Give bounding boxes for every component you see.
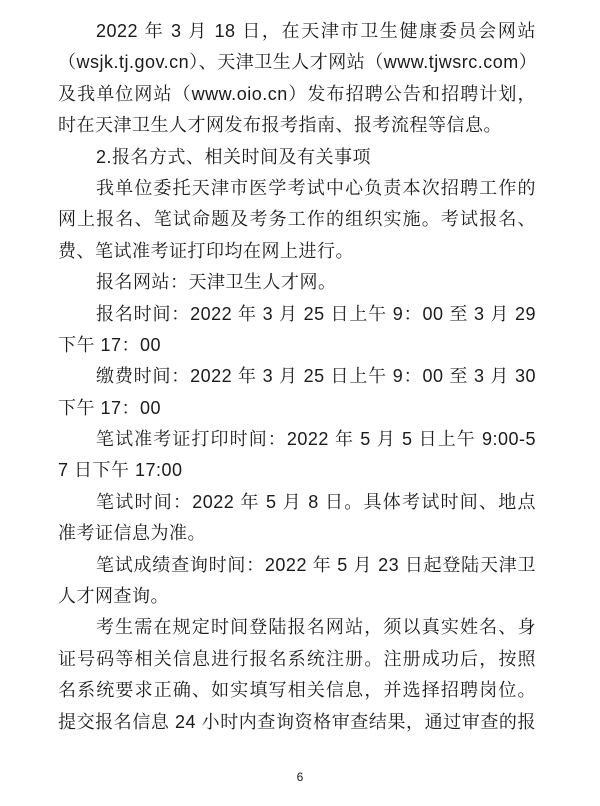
text-line: 准考证信息为准。 — [58, 518, 536, 549]
text-line: 费、笔试准考证打印均在网上进行。 — [58, 236, 536, 267]
text-line: 下午 17：00 — [58, 330, 536, 361]
text-line: 下午 17：00 — [58, 393, 536, 424]
text-line: 时在天津卫生人才网发布报考指南、报考流程等信息。 — [58, 110, 536, 141]
text-line: 笔试时间：2022 年 5 月 8 日。具体考试时间、地点以 — [58, 487, 536, 518]
text-line: 我单位委托天津市医学考试中心负责本次招聘工作的 — [58, 173, 536, 204]
text-line: 7 日下午 17:00 — [58, 455, 536, 486]
text-line: 笔试成绩查询时间：2022 年 5 月 23 日起登陆天津卫生 — [58, 550, 536, 581]
text-line: 报名时间：2022 年 3 月 25 日上午 9：00 至 3 月 29 日 — [58, 299, 536, 330]
section-heading: 2.报名方式、相关时间及有关事项 — [58, 142, 536, 173]
text-line: 笔试准考证打印时间：2022 年 5 月 5 日上午 9:00-5 月 — [58, 424, 536, 455]
text-line: 2022 年 3 月 18 日，在天津市卫生健康委员会网站 — [58, 16, 536, 47]
text-line: 名系统要求正确、如实填写相关信息，并选择招聘岗位。在 — [58, 675, 536, 706]
document-page: 2022 年 3 月 18 日，在天津市卫生健康委员会网站 （wsjk.tj.g… — [0, 0, 600, 806]
text-line: 网上报名、笔试命题及考务工作的组织实施。考试报名、缴 — [58, 204, 536, 235]
text-line: 人才网查询。 — [58, 581, 536, 612]
document-body: 2022 年 3 月 18 日，在天津市卫生健康委员会网站 （wsjk.tj.g… — [58, 16, 536, 738]
text-line: 及我单位网站（www.oio.cn）发布招聘公告和招聘计划，同 — [58, 79, 536, 110]
page-number: 6 — [0, 770, 600, 784]
text-line: （wsjk.tj.gov.cn）、天津卫生人才网站（www.tjwsrc.com… — [58, 47, 536, 78]
text-line: 考生需在规定时间登陆报名网站，须以真实姓名、身份 — [58, 612, 536, 643]
text-line: 缴费时间：2022 年 3 月 25 日上午 9：00 至 3 月 30 日 — [58, 361, 536, 392]
text-line: 证号码等相关信息进行报名系统注册。注册成功后，按照报 — [58, 644, 536, 675]
text-line: 报名网站：天津卫生人才网。 — [58, 267, 536, 298]
text-line: 提交报名信息 24 小时内查询资格审查结果，通过审查的报 — [58, 707, 536, 738]
